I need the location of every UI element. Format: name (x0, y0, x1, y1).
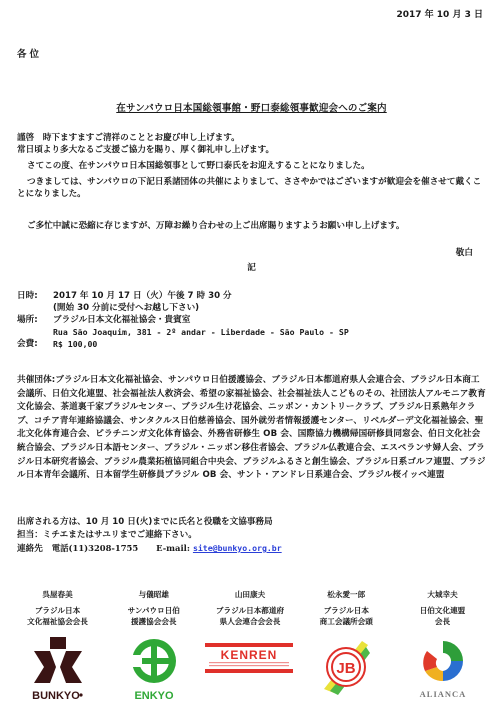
greeting: 謹啓 時下ますますご清祥のこととお慶び申し上げます。 常日頃より多大なるご支援ご… (17, 132, 487, 156)
datetime-note-row: (開始 30 分前に受付へお越し下さい) (17, 302, 487, 314)
co-organizers-label: 共催団体: (17, 375, 55, 385)
venue-label: 場所: (17, 314, 53, 326)
signer-name: 松永愛一郎 (299, 589, 394, 600)
fee-label: 会費: (17, 338, 53, 350)
contact-line-3: 連絡先 電話(11)3208-1755 E-mail: site@bunkyo.… (17, 542, 487, 556)
contact-line-1: 出席される方は、10 月 10 日(火)までに氏名と役職を文協事務局 (17, 516, 487, 529)
signer-alianca: 大城幸夫 日伯文化連盟 会長 ALIANCA (395, 589, 490, 707)
signer-name: 与儀昭雄 (106, 589, 201, 600)
contact-label: 連絡先 (17, 544, 43, 554)
svg-text:ALIANCA: ALIANCA (419, 689, 466, 699)
venue-name: ブラジル日本文化福祉協会・貴賓室 (53, 314, 487, 326)
document-date: 2017 年 10 月 3 日 (396, 9, 483, 21)
bunkyo-logo-icon: BUNKYO (13, 637, 103, 707)
greeting-line-1: 謹啓 時下ますますご清祥のこととお慶び申し上げます。 (17, 132, 487, 144)
svg-text:BUNKYO: BUNKYO (32, 690, 80, 702)
greeting-line-2: 常日頃より多大なるご支援ご協力を賜り、厚く御礼申し上げます。 (17, 144, 487, 156)
alianca-logo-icon: ALIANCA (398, 637, 488, 707)
datetime-value: 2017 年 10 月 17 日（火）午後 7 時 30 分 (53, 290, 487, 302)
contact-phone: 電話(11)3208-1755 (52, 543, 138, 553)
signer-role: 日伯文化連盟 会長 (395, 605, 490, 629)
signer-role: ブラジル日本 商工会議所会頭 (299, 605, 394, 629)
signer-role: ブラジル日本 文化福祉協会会長 (10, 605, 105, 629)
kenren-logo-icon: KENREN (205, 637, 295, 707)
co-organizers: 共催団体:ブラジル日本文化福祉協会、サンパウロ日伯援護協会、ブラジル日本都道府県… (17, 374, 487, 483)
signer-name: 山田康夫 (203, 589, 298, 600)
closing-keihaku: 敬白 (456, 247, 473, 259)
email-link[interactable]: site@bunkyo.org.br (193, 543, 282, 553)
document-title: 在サンパウロ日本国総領事館・野口泰総領事歓迎会へのご案内 (0, 103, 503, 115)
paragraph-1: さてこの度、在サンパウロ日本国総領事として野口泰氏をお迎えすることになりました。 (17, 160, 487, 172)
signer-name: 大城幸夫 (395, 589, 490, 600)
datetime-row: 日時: 2017 年 10 月 17 日（火）午後 7 時 30 分 (17, 290, 487, 302)
signer-kenren: 山田康夫 ブラジル日本都道府 県人会連合会会長 KENREN (203, 589, 298, 707)
enkyo-logo-icon: ENKYO (109, 637, 199, 707)
signer-enkyo: 与儀昭雄 サンパウロ日伯 援護協会会長 ENKYO (106, 589, 201, 707)
addressee: 各位 (17, 49, 42, 61)
venue-address: Rua São Joaquim, 381 - 2º andar - Liberd… (53, 326, 487, 338)
signer-role: ブラジル日本都道府 県人会連合会会長 (203, 605, 298, 629)
contact-info: 出席される方は、10 月 10 日(火)までに氏名と役職を文協事務局 担当：ミチ… (17, 516, 487, 556)
datetime-label: 日時: (17, 290, 53, 302)
event-details: 日時: 2017 年 10 月 17 日（火）午後 7 時 30 分 (開始 3… (17, 290, 487, 350)
paragraph-2: つきましては、サンパウロの下記日系諸団体の共催によりまして、ささやかではございま… (17, 176, 487, 200)
co-organizers-list: ブラジル日本文化福祉協会、サンパウロ日伯援護協会、ブラジル日本都道府県人会連合会… (17, 375, 486, 480)
signer-jb: 松永愛一郎 ブラジル日本 商工会議所会頭 JB (299, 589, 394, 707)
signer-name: 呉屋春美 (10, 589, 105, 600)
paragraph-3: ご多忙中誠に恐縮に存じますが、万障お繰り合わせの上ご出席賜りますようお願い申し上… (17, 220, 487, 232)
svg-text:ENKYO: ENKYO (134, 690, 174, 702)
ki-marker: 記 (0, 262, 503, 274)
signer-bunkyo: 呉屋春美 ブラジル日本 文化福祉協会会長 BUNKYO (10, 589, 105, 707)
datetime-note: (開始 30 分前に受付へお越し下さい) (53, 302, 487, 314)
fee-row: 会費: R$ 100,00 (17, 338, 487, 350)
jb-chamber-logo-icon: JB (301, 637, 391, 707)
svg-text:JB: JB (337, 660, 356, 677)
venue-row: 場所: ブラジル日本文化福祉協会・貴賓室 (17, 314, 487, 326)
signer-role: サンパウロ日伯 援護協会会長 (106, 605, 201, 629)
email-label: E-mail: (156, 543, 190, 553)
signers: 呉屋春美 ブラジル日本 文化福祉協会会長 BUNKYO 与儀昭雄 サンパウロ日伯… (10, 589, 490, 707)
contact-line-2: 担当：ミチエまたはサユリまでご連絡下さい。 (17, 529, 487, 542)
venue-address-row: Rua São Joaquim, 381 - 2º andar - Liberd… (17, 326, 487, 338)
svg-text:KENREN: KENREN (221, 648, 278, 662)
fee-value: R$ 100,00 (53, 338, 487, 350)
